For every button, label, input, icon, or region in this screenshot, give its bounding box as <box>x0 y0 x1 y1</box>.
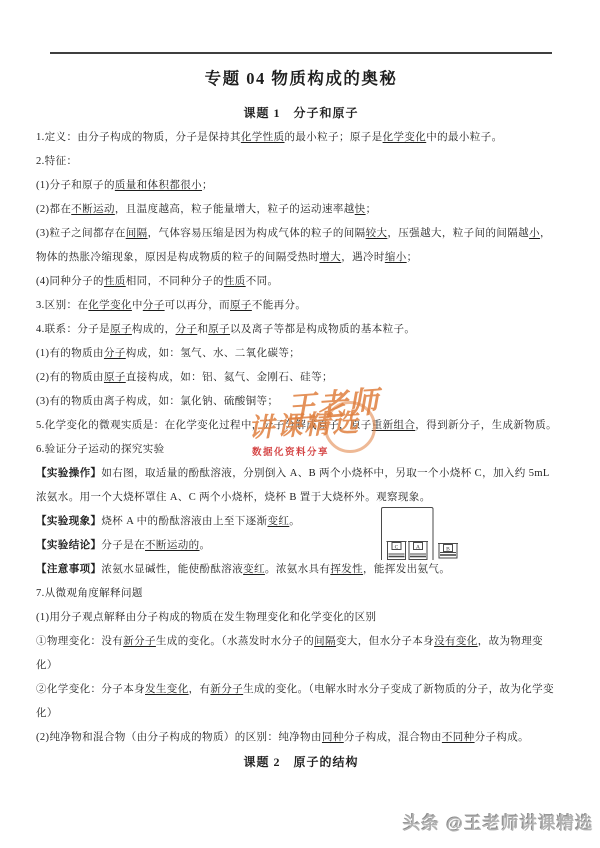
text-segment: 直接构成，如：铝、氦气、金刚石、硅等； <box>126 372 333 383</box>
text-segment: 生成的变化。（水蒸发时水分子的 <box>156 636 314 647</box>
underlined-text: 间隔 <box>126 228 148 239</box>
underlined-text: 原子 <box>230 300 252 311</box>
large-beaker <box>382 508 434 561</box>
underlined-text: 原子 <box>110 324 132 335</box>
text-segment: ； <box>407 252 418 263</box>
text-line: (4)同种分子的性质相同，不同种分子的性质不同。 <box>36 270 566 294</box>
underlined-text: 同种 <box>322 732 344 743</box>
text-segment: 3.区别：在 <box>36 300 88 311</box>
underlined-text: 缩小 <box>385 252 407 263</box>
experiment-diagram: C A B <box>378 500 462 562</box>
text-segment: 构成的， <box>132 324 176 335</box>
text-line: 物体的热胀冷缩现象，原因是构成物质的粒子的间隔受热时增大，遇冷时缩小； <box>36 246 566 270</box>
underlined-text: 原子 <box>208 324 230 335</box>
text-segment: 不能再分。 <box>252 300 307 311</box>
text-segment: (2)有的物质由 <box>36 372 104 383</box>
text-segment: 变大，但水分子本身 <box>336 636 434 647</box>
text-segment: 课题 1 分子和原子 <box>243 106 358 120</box>
text-segment: 【实验结论】 <box>36 540 101 551</box>
text-line: 化） <box>36 654 566 678</box>
text-segment: (1)分子和原子的 <box>36 180 115 191</box>
underlined-text: 不断运动的 <box>145 540 200 551</box>
text-segment: 如右图，取适量的酚酞溶液，分别倒入 A、B 两个小烧杯中，另取一个小烧杯 C，加… <box>101 468 549 479</box>
text-segment: 以及离子等都是构成物质的基本粒子。 <box>230 324 415 335</box>
page-title: 专题 04 物质构成的奥秘 <box>36 58 566 100</box>
text-segment: 4.联系：分子是 <box>36 324 110 335</box>
text-segment: (3)有的物质由离子构成，如：氯化钠、硫酸铜等； <box>36 396 278 407</box>
text-segment: ②化学变化：分子本身 <box>36 684 145 695</box>
text-segment: 构成，如：氢气、水、二氧化碳等； <box>126 348 300 359</box>
text-segment: 相同，不同种分子的 <box>126 276 224 287</box>
text-line: 浓氨水。用一个大烧杯罩住 A、C 两个小烧杯，烧杯 B 置于大烧杯外。观察现象。 <box>36 486 566 510</box>
underlined-text: 化学变化 <box>383 132 427 143</box>
text-line: (2)都在不断运动，且温度越高，粒子能量增大，粒子的运动速率越快； <box>36 198 566 222</box>
text-segment: ， <box>540 228 551 239</box>
text-line: 【实验结论】分子是在不断运动的。 <box>36 534 566 558</box>
underlined-text: 变红 <box>243 564 265 575</box>
text-segment: (3)粒子之间都存在 <box>36 228 126 239</box>
lesson-2-heading: 课题 2 原子的结构 <box>36 750 566 774</box>
underlined-text: 不断运动 <box>71 204 115 215</box>
document-page: 专题 04 物质构成的奥秘课题 1 分子和原子1.定义：由分子构成的物质，分子是… <box>0 0 600 848</box>
text-segment: 【注意事项】 <box>36 564 101 575</box>
text-segment: 分子是在 <box>101 540 145 551</box>
text-line: (3)有的物质由离子构成，如：氯化钠、硫酸铜等； <box>36 390 566 414</box>
underlined-text: 化学性质 <box>241 132 285 143</box>
text-line: (3)粒子之间都存在间隔，气体容易压缩是因为构成气体的粒子的间隔较大，压强越大，… <box>36 222 566 246</box>
text-line: (2)有的物质由原子直接构成，如：铝、氦气、金刚石、硅等； <box>36 366 566 390</box>
underlined-text: 挥发性 <box>330 564 363 575</box>
text-line: (1)有的物质由分子构成，如：氢气、水、二氧化碳等； <box>36 342 566 366</box>
text-segment: 浓氨水显碱性，能使酚酞溶液 <box>101 564 243 575</box>
text-line: 【实验现象】烧杯 A 中的酚酞溶液由上至下逐渐变红。 <box>36 510 566 534</box>
text-line: 6.验证分子运动的探究实验 <box>36 438 566 462</box>
underlined-text: 质量和体积都很小 <box>115 180 202 191</box>
text-segment: (1)用分子观点解释由分子构成的物质在发生物理变化和化学变化的区别 <box>36 612 376 623</box>
text-segment: ，遇冷时 <box>341 252 385 263</box>
text-line: 1.定义：由分子构成的物质，分子是保持其化学性质的最小粒子；原子是化学变化中的最… <box>36 126 566 150</box>
text-line: (2)纯净物和混合物（由分子构成的物质）的区别：纯净物由同种分子构成，混合物由不… <box>36 726 566 750</box>
text-segment: ，故为物理变 <box>478 636 543 647</box>
underlined-text: 性质 <box>224 276 246 287</box>
underlined-text: 重新组合 <box>372 420 416 431</box>
lesson-1-heading: 课题 1 分子和原子 <box>36 100 566 126</box>
text-segment: 烧杯 A 中的酚酞溶液由上至下逐渐 <box>101 516 267 527</box>
text-segment: 专题 04 物质构成的奥秘 <box>205 69 398 88</box>
text-segment: 可以再分，而 <box>165 300 230 311</box>
underlined-text: 化学变化 <box>88 300 132 311</box>
text-segment: 分子构成，混合物由 <box>344 732 442 743</box>
text-segment: 【实验操作】 <box>36 468 101 479</box>
text-segment: 7.从微观角度解释问题 <box>36 588 143 599</box>
text-segment: 分子构成。 <box>475 732 530 743</box>
beaker-b-label: B <box>446 546 450 552</box>
text-line: 4.联系：分子是原子构成的，分子和原子以及离子等都是构成物质的基本粒子。 <box>36 318 566 342</box>
text-segment: 中的最小粒子。 <box>426 132 502 143</box>
beaker-c: C <box>387 542 407 560</box>
text-segment: ，且温度越高，粒子能量增大，粒子的运动速率越 <box>115 204 355 215</box>
beaker-b: B <box>438 544 458 559</box>
text-segment: 2.特征： <box>36 156 77 167</box>
underlined-text: 性质 <box>104 276 126 287</box>
underlined-text: 较大 <box>366 228 388 239</box>
text-line: 5.化学变化的微观实质是：在化学变化过程中，分子分解成原子，原子重新组合，得到新… <box>36 414 566 438</box>
underlined-text: 发生变化 <box>145 684 189 695</box>
underlined-text: 原子 <box>104 372 126 383</box>
text-segment: ①物理变化：没有 <box>36 636 123 647</box>
text-segment: 浓氨水。用一个大烧杯罩住 A、C 两个小烧杯，烧杯 B 置于大烧杯外。观察现象。 <box>36 492 431 503</box>
text-segment: (4)同种分子的 <box>36 276 104 287</box>
underlined-text: 快 <box>355 204 366 215</box>
text-segment: 6.验证分子运动的探究实验 <box>36 444 165 455</box>
text-line: ②化学变化：分子本身发生变化，有新分子生成的变化。（电解水时水分子变成了新物质的… <box>36 678 566 702</box>
text-line: (1)分子和原子的质量和体积都很小； <box>36 174 566 198</box>
text-segment: 和 <box>197 324 208 335</box>
header-rule <box>50 52 552 54</box>
text-line: ①物理变化：没有新分子生成的变化。（水蒸发时水分子的间隔变大，但水分子本身没有变… <box>36 630 566 654</box>
text-segment: 课题 2 原子的结构 <box>243 755 358 769</box>
text-line: 3.区别：在化学变化中分子可以再分，而原子不能再分。 <box>36 294 566 318</box>
text-segment: 的最小粒子；原子是 <box>284 132 382 143</box>
text-segment: ； <box>202 180 213 191</box>
text-line: 化） <box>36 702 566 726</box>
underlined-text: 分子 <box>176 324 198 335</box>
text-segment: 物体的热胀冷缩现象，原因是构成物质的粒子的间隔受热时 <box>36 252 319 263</box>
text-segment: 。浓氨水具有 <box>265 564 330 575</box>
text-line: 2.特征： <box>36 150 566 174</box>
underlined-text: 新分子 <box>210 684 243 695</box>
underlined-text: 变红 <box>267 516 289 527</box>
text-line: 【实验操作】如右图，取适量的酚酞溶液，分别倒入 A、B 两个小烧杯中，另取一个小… <box>36 462 566 486</box>
text-segment: (2)纯净物和混合物（由分子构成的物质）的区别：纯净物由 <box>36 732 322 743</box>
underlined-text: 没有变化 <box>434 636 478 647</box>
underlined-text: 不同种 <box>442 732 475 743</box>
document-lines: 专题 04 物质构成的奥秘课题 1 分子和原子1.定义：由分子构成的物质，分子是… <box>36 58 566 774</box>
text-line: 7.从微观角度解释问题 <box>36 582 566 606</box>
text-segment: ，压强越大，粒子间的间隔越 <box>387 228 529 239</box>
underlined-text: 分子 <box>104 348 126 359</box>
toutiao-credit-watermark: 头条 @王老师讲课精选 <box>403 809 594 834</box>
text-segment: 。 <box>200 540 211 551</box>
text-line: (1)用分子观点解释由分子构成的物质在发生物理变化和化学变化的区别 <box>36 606 566 630</box>
underlined-text: 小 <box>529 228 540 239</box>
text-segment: 化） <box>36 708 58 719</box>
beaker-c-label: C <box>395 544 399 550</box>
underlined-text: 间隔 <box>314 636 336 647</box>
underlined-text: 新分子 <box>123 636 156 647</box>
text-segment: 中 <box>132 300 143 311</box>
text-segment: (2)都在 <box>36 204 71 215</box>
text-segment: 生成的变化。（电解水时水分子变成了新物质的分子，故为化学变 <box>243 684 554 695</box>
underlined-text: 分子 <box>143 300 165 311</box>
text-segment: ，气体容易压缩是因为构成气体的粒子的间隔 <box>148 228 366 239</box>
text-segment: ，得到新分子，生成新物质。 <box>415 420 557 431</box>
text-segment: ； <box>366 204 377 215</box>
text-segment: (1)有的物质由 <box>36 348 104 359</box>
underlined-text: 增大 <box>319 252 341 263</box>
text-segment: ，能挥发出氨气。 <box>363 564 450 575</box>
text-segment: 【实验现象】 <box>36 516 101 527</box>
text-segment: 化） <box>36 660 58 671</box>
beaker-a-label: A <box>416 544 420 550</box>
text-segment: 不同。 <box>246 276 279 287</box>
text-segment: 5.化学变化的微观实质是：在化学变化过程中，分子分解成原子，原子 <box>36 420 372 431</box>
text-segment: 。 <box>289 516 300 527</box>
text-segment: 1.定义：由分子构成的物质，分子是保持其 <box>36 132 241 143</box>
beaker-a: A <box>408 542 428 560</box>
text-segment: ，有 <box>189 684 211 695</box>
text-line: 【注意事项】浓氨水显碱性，能使酚酞溶液变红。浓氨水具有挥发性，能挥发出氨气。 <box>36 558 566 582</box>
